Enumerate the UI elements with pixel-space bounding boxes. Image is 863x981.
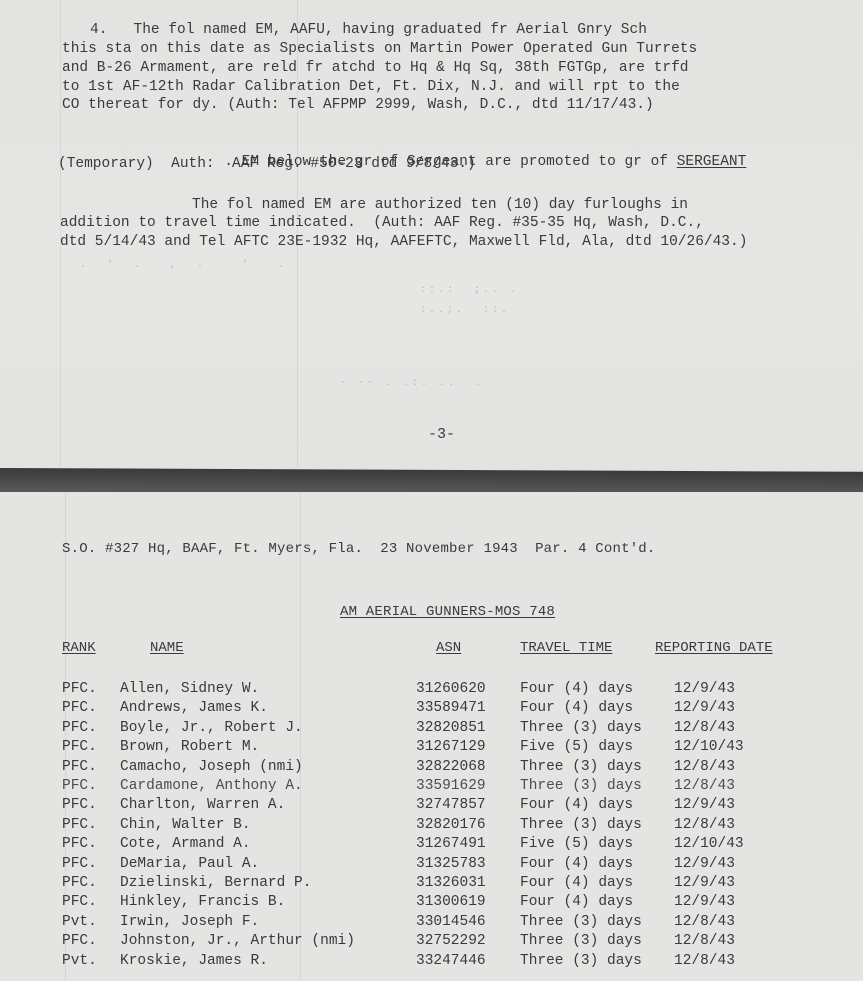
rank-cell: PFC. <box>62 681 97 697</box>
table-row: PFC.Johnston, Jr., Arthur (nmi)32752292T… <box>0 933 863 949</box>
name-cell: Johnston, Jr., Arthur (nmi) <box>120 933 355 949</box>
travel-time-cell: Four (4) days <box>520 797 633 813</box>
name-cell: Chin, Walter B. <box>120 817 251 833</box>
furlough-line: addition to travel time indicated. (Auth… <box>60 215 704 231</box>
travel-time-cell: Three (3) days <box>520 953 642 969</box>
column-header-reporting-date: REPORTING DATE <box>655 640 773 656</box>
section-title: AM AERIAL GUNNERS-MOS 748 <box>340 604 555 620</box>
rank-cell: PFC. <box>62 759 97 775</box>
table-row: PFC.Dzielinski, Bernard P.31326031Four (… <box>0 875 863 891</box>
reporting-date-cell: 12/9/43 <box>674 894 735 910</box>
reporting-date-cell: 12/9/43 <box>674 797 735 813</box>
travel-time-cell: Four (4) days <box>520 875 633 891</box>
asn-cell: 32822068 <box>416 759 486 775</box>
asn-cell: 33591629 <box>416 778 486 794</box>
table-row: PFC.Cardamone, Anthony A.33591629Three (… <box>0 778 863 794</box>
promotion-rank: SERGEANT <box>677 154 747 170</box>
asn-cell: 31300619 <box>416 894 486 910</box>
document-page-3: 4. The fol named EM, AAFU, having gradua… <box>0 0 863 468</box>
column-header-rank: RANK <box>62 640 96 656</box>
table-row: Pvt.Irwin, Joseph F.33014546Three (3) da… <box>0 914 863 930</box>
promotion-auth-line: (Temporary) Auth: AAF Reg. #50-23 dtd 9/… <box>58 156 476 172</box>
travel-time-cell: Three (3) days <box>520 933 642 949</box>
rank-cell: PFC. <box>62 817 97 833</box>
travel-time-cell: Three (3) days <box>520 759 642 775</box>
rank-cell: PFC. <box>62 739 97 755</box>
travel-time-cell: Four (4) days <box>520 856 633 872</box>
name-cell: Kroskie, James R. <box>120 953 268 969</box>
reporting-date-cell: 12/10/43 <box>674 836 744 852</box>
rank-cell: PFC. <box>62 778 97 794</box>
table-row: PFC.Allen, Sidney W.31260620Four (4) day… <box>0 681 863 697</box>
name-cell: DeMaria, Paul A. <box>120 856 259 872</box>
asn-cell: 31267129 <box>416 739 486 755</box>
table-row: Pvt.Kroskie, James R.33247446Three (3) d… <box>0 953 863 969</box>
reporting-date-cell: 12/9/43 <box>674 856 735 872</box>
reporting-date-cell: 12/8/43 <box>674 953 735 969</box>
travel-time-cell: Three (3) days <box>520 817 642 833</box>
name-cell: Allen, Sidney W. <box>120 681 259 697</box>
name-cell: Boyle, Jr., Robert J. <box>120 720 303 736</box>
name-cell: Camacho, Joseph (nmi) <box>120 759 303 775</box>
table-row: PFC.Camacho, Joseph (nmi)32822068Three (… <box>0 759 863 775</box>
reporting-date-cell: 12/9/43 <box>674 681 735 697</box>
reporting-date-cell: 12/8/43 <box>674 759 735 775</box>
name-cell: Charlton, Warren A. <box>120 797 285 813</box>
rank-cell: PFC. <box>62 875 97 891</box>
table-row: PFC.Cote, Armand A.31267491Five (5) days… <box>0 836 863 852</box>
name-cell: Brown, Robert M. <box>120 739 259 755</box>
table-row: PFC.DeMaria, Paul A.31325783Four (4) day… <box>0 856 863 872</box>
rank-cell: PFC. <box>62 856 97 872</box>
table-row: PFC.Chin, Walter B.32820176Three (3) day… <box>0 817 863 833</box>
asn-cell: 33247446 <box>416 953 486 969</box>
travel-time-cell: Three (3) days <box>520 914 642 930</box>
asn-cell: 31325783 <box>416 856 486 872</box>
asn-cell: 32820176 <box>416 817 486 833</box>
paragraph-4-line: CO thereat for dy. (Auth: Tel AFPMP 2999… <box>62 97 654 113</box>
name-cell: Andrews, James K. <box>120 700 268 716</box>
paragraph-4-line: and B-26 Armament, are reld fr atchd to … <box>62 60 689 76</box>
page-number: -3- <box>428 426 455 443</box>
rank-cell: Pvt. <box>62 953 97 969</box>
table-row: PFC.Hinkley, Francis B.31300619Four (4) … <box>0 894 863 910</box>
asn-cell: 32752292 <box>416 933 486 949</box>
name-cell: Irwin, Joseph F. <box>120 914 259 930</box>
paragraph-4-line: 4. The fol named EM, AAFU, having gradua… <box>90 22 647 38</box>
asn-cell: 32820851 <box>416 720 486 736</box>
travel-time-cell: Three (3) days <box>520 778 642 794</box>
reporting-date-cell: 12/9/43 <box>674 700 735 716</box>
reporting-date-cell: 12/8/43 <box>674 914 735 930</box>
reporting-date-cell: 12/8/43 <box>674 720 735 736</box>
reporting-date-cell: 12/8/43 <box>674 778 735 794</box>
column-header-travel-time: TRAVEL TIME <box>520 640 612 656</box>
asn-cell: 32747857 <box>416 797 486 813</box>
asn-cell: 33014546 <box>416 914 486 930</box>
travel-time-cell: Four (4) days <box>520 894 633 910</box>
travel-time-cell: Four (4) days <box>520 681 633 697</box>
asn-cell: 31267491 <box>416 836 486 852</box>
rank-cell: PFC. <box>62 894 97 910</box>
paragraph-4-line: this sta on this date as Specialists on … <box>62 41 697 57</box>
reporting-date-cell: 12/9/43 <box>674 875 735 891</box>
rank-cell: Pvt. <box>62 914 97 930</box>
reporting-date-cell: 12/8/43 <box>674 933 735 949</box>
travel-time-cell: Four (4) days <box>520 700 633 716</box>
name-cell: Dzielinski, Bernard P. <box>120 875 311 891</box>
furlough-line: The fol named EM are authorized ten (10)… <box>192 197 688 213</box>
special-orders-header: S.O. #327 Hq, BAAF, Ft. Myers, Fla. 23 N… <box>62 541 656 557</box>
name-cell: Hinkley, Francis B. <box>120 894 285 910</box>
asn-cell: 31260620 <box>416 681 486 697</box>
column-header-name: NAME <box>150 640 184 656</box>
travel-time-cell: Three (3) days <box>520 720 642 736</box>
rank-cell: PFC. <box>62 836 97 852</box>
table-row: PFC.Andrews, James K.33589471Four (4) da… <box>0 700 863 716</box>
name-cell: Cardamone, Anthony A. <box>120 778 303 794</box>
reporting-date-cell: 12/10/43 <box>674 739 744 755</box>
table-row: PFC.Charlton, Warren A.32747857Four (4) … <box>0 797 863 813</box>
column-header-asn: ASN <box>436 640 461 656</box>
paragraph-4-line: to 1st AF-12th Radar Calibration Det, Ft… <box>62 79 680 95</box>
travel-time-cell: Five (5) days <box>520 739 633 755</box>
travel-time-cell: Five (5) days <box>520 836 633 852</box>
asn-cell: 31326031 <box>416 875 486 891</box>
rank-cell: PFC. <box>62 933 97 949</box>
name-cell: Cote, Armand A. <box>120 836 251 852</box>
furlough-line: dtd 5/14/43 and Tel AFTC 23E-1932 Hq, AA… <box>60 234 747 250</box>
asn-cell: 33589471 <box>416 700 486 716</box>
rank-cell: PFC. <box>62 720 97 736</box>
rank-cell: PFC. <box>62 797 97 813</box>
table-row: PFC.Boyle, Jr., Robert J.32820851Three (… <box>0 720 863 736</box>
reporting-date-cell: 12/8/43 <box>674 817 735 833</box>
table-row: PFC.Brown, Robert M.31267129Five (5) day… <box>0 739 863 755</box>
rank-cell: PFC. <box>62 700 97 716</box>
